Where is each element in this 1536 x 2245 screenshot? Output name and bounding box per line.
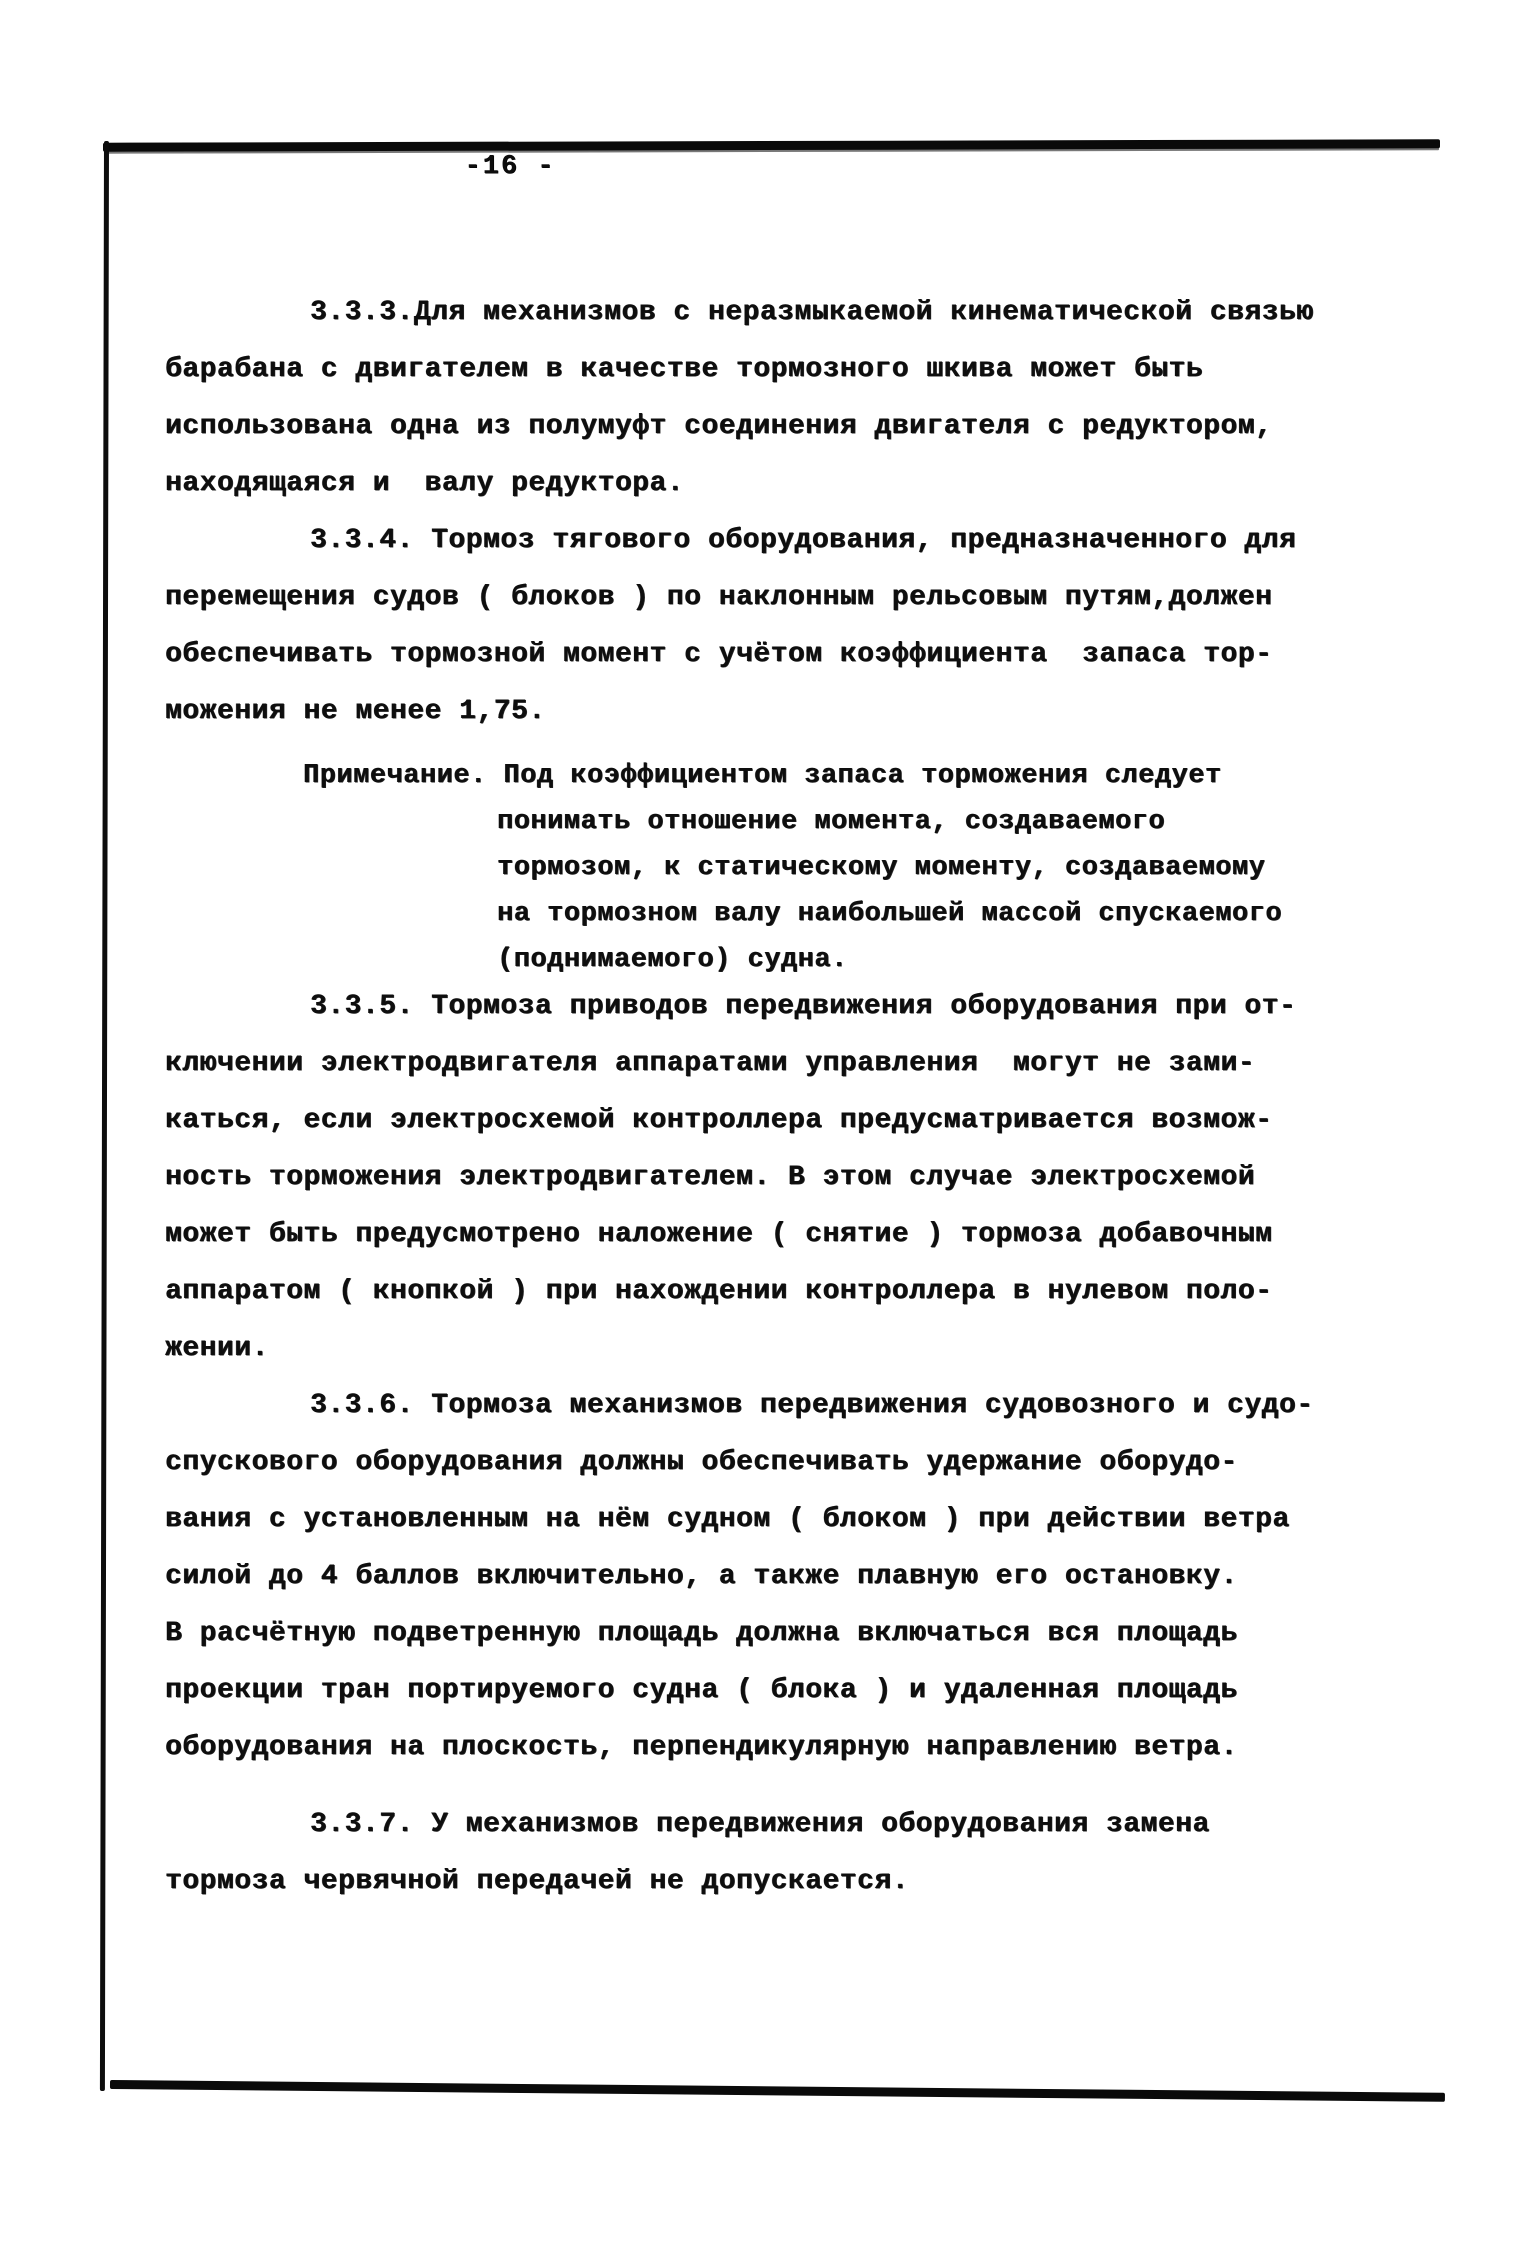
document-text: 3.3.3.Для механизмов с неразмыкаемой кин… [0,297,1536,1923]
text-line: (поднимаемого) судна. [0,945,1536,991]
scanned-page: -16 - 3.3.3.Для механизмов с неразмыкаем… [0,0,1536,2245]
page-number: -16 - [430,152,590,182]
text-line: проекции тран портируемого судна ( блока… [0,1675,1536,1732]
text-line: может быть предусмотрено наложение ( сня… [0,1219,1536,1276]
text-line: тормоза червячной передачей не допускает… [0,1866,1536,1923]
text-line: оборудования на плоскость, перпендикуляр… [0,1732,1536,1789]
text-line: использована одна из полумуфт соединения… [0,411,1536,468]
text-line: ключении электродвигателя аппаратами упр… [0,1048,1536,1105]
text-line: 3.3.4. Тормоз тягового оборудования, пре… [0,525,1536,582]
text-line: спускового оборудования должны обеспечив… [0,1447,1536,1504]
text-line: каться, если электросхемой контроллера п… [0,1105,1536,1162]
text-line: обеспечивать тормозной момент с учётом к… [0,639,1536,696]
text-line: ность торможения электродвигателем. В эт… [0,1162,1536,1219]
text-line: перемещения судов ( блоков ) по наклонны… [0,582,1536,639]
text-line: силой до 4 баллов включительно, а также … [0,1561,1536,1618]
text-line: понимать отношение момента, создаваемого [0,807,1536,853]
text-line: тормозом, к статическому моменту, создав… [0,853,1536,899]
text-line: 3.3.3.Для механизмов с неразмыкаемой кин… [0,297,1536,354]
text-line: 3.3.6. Тормоза механизмов передвижения с… [0,1390,1536,1447]
text-line: В расчётную подветренную площадь должна … [0,1618,1536,1675]
text-line: жении. [0,1333,1536,1390]
text-line: барабана с двигателем в качестве тормозн… [0,354,1536,411]
text-line: вания с установленным на нём судном ( бл… [0,1504,1536,1561]
text-line: находящаяся и валу редуктора. [0,468,1536,525]
scan-border-bottom [110,2080,1445,2102]
scan-border-top [103,139,1440,152]
text-line: аппаратом ( кнопкой ) при нахождении кон… [0,1276,1536,1333]
text-line: Примечание. Под коэффициентом запаса тор… [0,761,1536,807]
text-line: 3.3.7. У механизмов передвижения оборудо… [0,1809,1536,1866]
text-line: 3.3.5. Тормоза приводов передвижения обо… [0,991,1536,1048]
text-line: на тормозном валу наибольшей массой спус… [0,899,1536,945]
text-line: можения не менее 1,75. [0,696,1536,753]
